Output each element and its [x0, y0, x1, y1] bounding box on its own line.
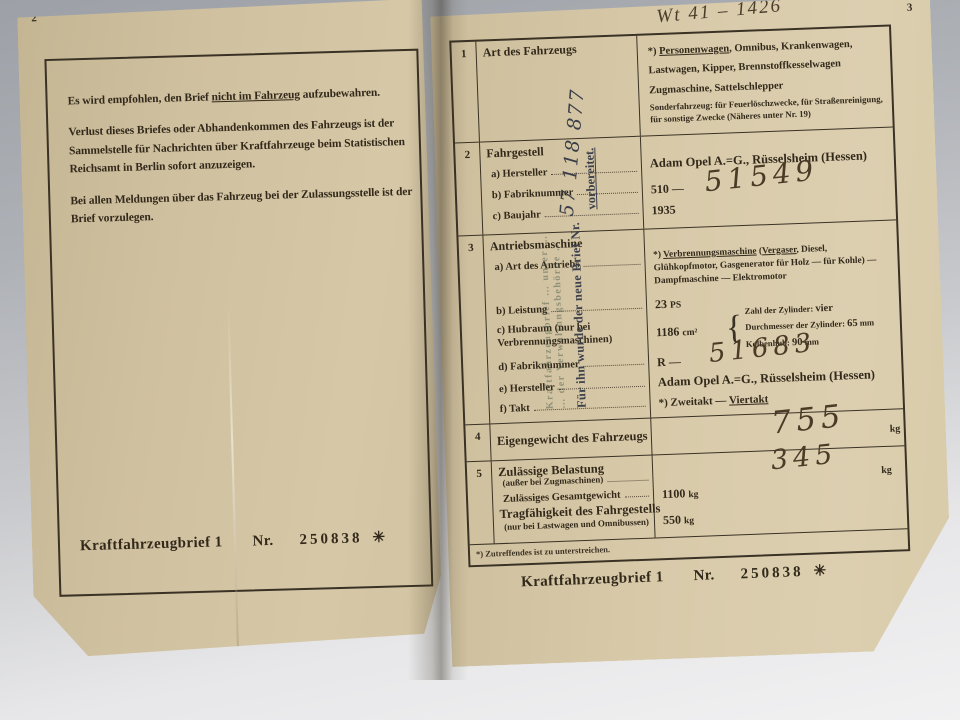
total-weight: 1100kg [662, 486, 699, 502]
engine-manufacturer: Adam Opel A.=G., Rüsselsheim (Hessen) [658, 367, 876, 390]
field-label: b) Leistung [496, 304, 547, 317]
asterisk-mark-icon: ✳ [372, 528, 385, 547]
dotted-leader [583, 256, 640, 267]
handwritten-file-code: Wt 41 – 1426 [656, 0, 783, 28]
vehicle-spec-table: 1 Art des Fahrzeugs *) Personenwagen, Om… [449, 24, 910, 567]
drive-type-options: *) Verbrennungsmaschine (Vergaser, Diese… [653, 241, 886, 289]
page-number-right: 3 [907, 2, 913, 14]
row-number: 4 [465, 424, 491, 461]
cylinder-bore: 65 [847, 318, 858, 329]
dotted-leader [558, 378, 645, 390]
row-label: Eigengewicht des Fahrzeugs [497, 429, 648, 450]
dotted-leader [607, 473, 648, 482]
dotted-leader [551, 300, 642, 312]
engine-number-prefix: R — [657, 354, 681, 370]
row-number: 2 [455, 143, 483, 236]
nr-label: Nr. [693, 567, 715, 585]
engine-displacement: 1186cm² [656, 324, 698, 341]
field-label: d) Fabriknummer [498, 359, 580, 373]
nr-label: Nr. [252, 533, 274, 551]
cylinder-count: vier [815, 303, 833, 315]
left-page: 2 Es wird empfohlen, den Brief nicht im … [17, 0, 443, 658]
chassis-number-prefix: 510 — [651, 181, 685, 197]
vehicle-type-options: *) Personenwagen, Omnibus, Krankenwagen,… [637, 27, 892, 126]
registration-paragraph: Bei allen Meldungen über das Fahrzeug be… [70, 182, 415, 228]
serial-number: 250838 [740, 564, 804, 583]
table-row-antriebsmaschine: 3 Antriebsmaschine a) Art des Antriebs b… [458, 220, 903, 425]
field-label: e) Hersteller [499, 382, 555, 395]
serial-number: 250838 [299, 530, 362, 549]
row-label: Antriebsmaschine [490, 236, 583, 254]
asterisk-mark-icon: ✳ [813, 561, 827, 580]
field-label: c) Baujahr [492, 209, 540, 222]
field-label: f) Takt [500, 403, 530, 415]
dotted-leader [624, 488, 649, 497]
page-number-left: 2 [31, 12, 37, 24]
loss-report-paragraph: Verlust dieses Briefes oder Abhandenkomm… [68, 114, 413, 179]
payload-handwritten: 345 [769, 440, 838, 474]
chassis-capacity: 550kg [663, 512, 695, 528]
table-row-art-des-fahrzeugs: 1 Art des Fahrzeugs *) Personenwagen, Om… [451, 27, 892, 144]
build-year: 1935 [651, 202, 676, 218]
field-label: a) Art des Antriebs [494, 259, 579, 273]
table-row-belastung: 5 Zulässige Belastung (außer bei Zugmasc… [467, 446, 908, 545]
weight-unit: kg [890, 423, 901, 434]
engine-number-handwritten: 51683 [708, 330, 818, 367]
dotted-leader [551, 163, 637, 175]
notice-paragraphs: Es wird empfohlen, den Brief nicht im Fa… [67, 83, 415, 242]
row-label: Art des Fahrzeugs [482, 42, 576, 60]
underlined-vehicle-type: Personenwagen [659, 43, 729, 57]
dotted-leader [545, 205, 639, 217]
payload-unit: kg [881, 465, 892, 476]
footnote: *) Zutreffendes ist zu unterstreichen. [470, 540, 617, 565]
document-photo: 2 Es wird empfohlen, den Brief nicht im … [0, 0, 960, 720]
right-page-footer: Kraftfahrzeugbrief 1 Nr. 250838 ✳ [521, 561, 827, 591]
underlined-phrase: nicht im Fahrzeug [211, 89, 300, 103]
field-label: a) Hersteller [491, 167, 548, 180]
document-title: Kraftfahrzeugbrief 1 [521, 569, 664, 591]
right-page: Wt 41 – 1426 3 1 Art des Fahrzeugs *) Pe… [428, 0, 954, 667]
engine-power: 23PS [655, 296, 682, 312]
dotted-leader [583, 356, 644, 367]
row-label: Fahrgestell [486, 144, 544, 161]
field-label: b) Fabriknummer [492, 187, 574, 201]
dotted-leader [534, 398, 646, 411]
engine-cycle: *) Zweitakt — Viertakt [658, 393, 768, 409]
field-label: Zulässiges Gesamtgewicht [503, 489, 621, 504]
dotted-leader [577, 184, 638, 195]
row-number: 1 [451, 42, 480, 143]
table-row-fahrgestell: 2 Fahrgestell a) Hersteller b) Fabriknum… [455, 127, 896, 236]
empty-weight-handwritten: 755 [770, 401, 847, 440]
field-label: c) Hubraum (nur bei Verbrennungsmaschine… [497, 320, 644, 351]
row-number: 5 [467, 461, 495, 544]
